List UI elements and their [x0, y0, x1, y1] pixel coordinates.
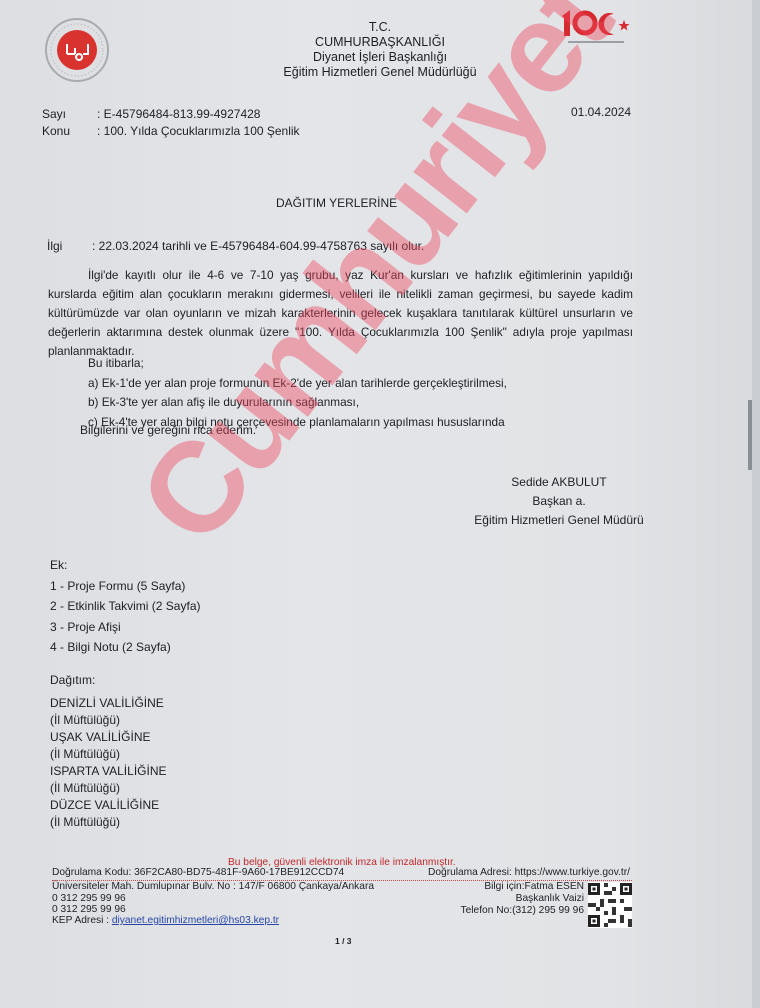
- phone-2: 0 312 295 99 96: [52, 904, 126, 916]
- list-intro: Bu itibarla;: [88, 354, 507, 374]
- signatory-title: Başkan a.: [455, 492, 663, 511]
- distribution-item: DENİZLİ VALİLİĞİNE: [50, 695, 167, 712]
- info-phone: Telefon No:(312) 295 99 96: [461, 905, 584, 917]
- ilgi-label: İlgi: [47, 239, 62, 253]
- attachments-list: Ek: 1 - Proje Formu (5 Sayfa) 2 - Etkinl…: [50, 555, 201, 658]
- diyanet-seal-icon: [45, 18, 109, 82]
- closing-text: Bilgilerini ve gereğini rica ederim.: [80, 423, 256, 437]
- qr-code-icon: [588, 882, 632, 928]
- kep-email-link[interactable]: diyanet.egitimhizmetleri@hs03.kep.tr: [112, 915, 279, 926]
- header-directorate: Eğitim Hizmetleri Genel Müdürlüğü: [240, 65, 520, 80]
- signature-block: Sedide AKBULUT Başkan a. Eğitim Hizmetle…: [455, 473, 663, 530]
- distribution-sub: (İl Müftülüğü): [50, 712, 167, 729]
- kep-label: KEP Adresi :: [52, 915, 109, 926]
- sayi-label: Sayı: [42, 107, 66, 121]
- distribution-item: ISPARTA VALİLİĞİNE: [50, 763, 167, 780]
- info-title: Başkanlık Vaizi: [516, 893, 584, 905]
- list-item: a) Ek-1'de yer alan proje formunun Ek-2'…: [88, 374, 507, 394]
- attachment-item: 3 - Proje Afişi: [50, 617, 201, 638]
- verification-address[interactable]: Doğrulama Adresi: https://www.turkiye.go…: [428, 867, 630, 879]
- office-address: Üniversiteler Mah. Dumlupınar Bulv. No :…: [52, 881, 374, 893]
- distribution-sub: (İl Müftülüğü): [50, 780, 167, 797]
- distribution-item: UŞAK VALİLİĞİNE: [50, 729, 167, 746]
- list-item: b) Ek-3'te yer alan afiş ile duyuruların…: [88, 393, 507, 413]
- phone-1: 0 312 295 99 96: [52, 893, 126, 905]
- konu-label: Konu: [42, 124, 70, 138]
- request-list: Bu itibarla; a) Ek-1'de yer alan proje f…: [88, 354, 507, 432]
- document-date: 01.04.2024: [571, 105, 631, 119]
- body-paragraph: İlgi'de kayıtlı olur ile 4-6 ve 7-10 yaş…: [48, 266, 633, 361]
- distribution-item: DÜZCE VALİLİĞİNE: [50, 797, 167, 814]
- distribution-list: Dağıtım: DENİZLİ VALİLİĞİNE (İl Müftülüğ…: [50, 672, 167, 831]
- distribution-sub: (İl Müftülüğü): [50, 746, 167, 763]
- info-contact: Bilgi için:Fatma ESEN: [484, 881, 584, 893]
- attachment-item: 1 - Proje Formu (5 Sayfa): [50, 576, 201, 597]
- page-edge: [752, 0, 760, 1008]
- distribution-sub: (İl Müftülüğü): [50, 814, 167, 831]
- verification-code: Doğrulama Kodu: 36F2CA80-BD75-481F-9A60-…: [52, 867, 344, 879]
- kep-address: KEP Adresi : diyanet.egitimhizmetleri@hs…: [52, 915, 279, 927]
- page-number: 1 / 3: [335, 936, 352, 946]
- signatory-position: Eğitim Hizmetleri Genel Müdürü: [455, 511, 663, 530]
- document-page: T.C. CUMHURBAŞKANLIĞI Diyanet İşleri Baş…: [0, 0, 760, 1008]
- header-tc: T.C.: [240, 20, 520, 35]
- page-edge-shadow: [748, 400, 752, 470]
- header-diyanet: Diyanet İşleri Başkanlığı: [240, 50, 520, 65]
- attachment-item: 4 - Bilgi Notu (2 Sayfa): [50, 637, 201, 658]
- header-presidency: CUMHURBAŞKANLIĞI: [240, 35, 520, 50]
- distribution-label: Dağıtım:: [50, 672, 167, 689]
- signatory-name: Sedide AKBULUT: [455, 473, 663, 492]
- attachments-label: Ek:: [50, 555, 201, 576]
- verification-address-text[interactable]: Doğrulama Adresi: https://www.turkiye.go…: [428, 867, 630, 878]
- body-text: İlgi'de kayıtlı olur ile 4-6 ve 7-10 yaş…: [48, 268, 633, 358]
- recipient-heading: DAĞITIM YERLERİNE: [276, 196, 397, 210]
- sayi-value: : E-45796484-813.99-4927428: [97, 107, 260, 121]
- 100th-anniversary-logo-icon: [558, 4, 638, 46]
- ilgi-value: : 22.03.2024 tarihli ve E-45796484-604.9…: [92, 239, 424, 253]
- konu-value: : 100. Yılda Çocuklarımızla 100 Şenlik: [97, 124, 300, 138]
- attachment-item: 2 - Etkinlik Takvimi (2 Sayfa): [50, 596, 201, 617]
